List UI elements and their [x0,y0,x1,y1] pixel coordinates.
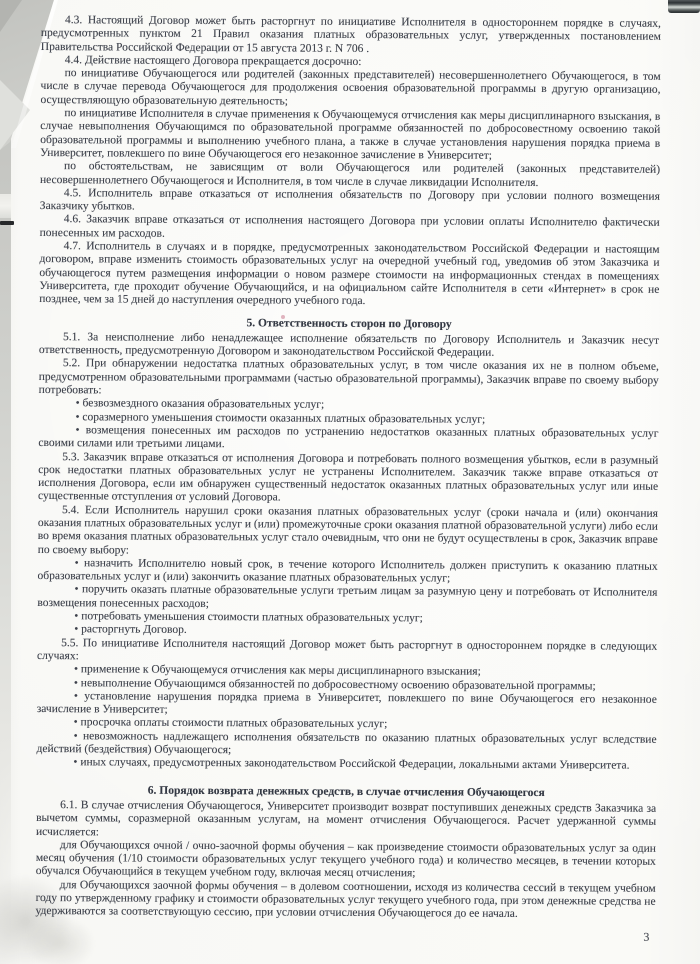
bullet-item: • возмещения понесенных им расходов по у… [38,424,658,454]
bullet-item: • поручить оказать платные образовательн… [37,583,657,613]
left-edge-patch [0,194,11,218]
binder-clip [668,0,700,13]
paragraph: для Обучающихся заочной формы обучения –… [35,879,655,923]
paragraph: 4.3. Настоящий Договор может быть растор… [41,14,661,58]
paragraph: 6.1. В случае отчисления Обучающегося, У… [36,799,656,843]
paragraph: 5.2. При обнаружении недостатка платных … [39,357,659,401]
paragraph: по инициативе Обучающегося или родителей… [40,67,660,111]
paragraph: 5.4. Если Исполнитель нарушил сроки оказ… [38,504,658,561]
section-heading: 5. Ответственность сторон по Договору [39,316,659,333]
paragraph: 4.6. Заказчик вправе отказаться от испол… [40,213,660,243]
bullet-item: • невозможность надлежащего исполнения о… [36,730,656,760]
document-content: 4.3. Настоящий Договор может быть растор… [35,14,661,944]
page-number: 3 [35,927,655,944]
left-edge-mark [0,221,14,225]
paragraph: по инициативе Исполнителя в случае приме… [40,107,660,164]
paragraph: по обстоятельствам, не зависящим от воли… [40,160,660,190]
paragraph: 5.3. Заказчик вправе отказаться от испол… [38,450,658,507]
scanned-document-page: 4.3. Настоящий Договор может быть растор… [0,0,700,964]
paragraph: для Обучающихся очной / очно-заочной фор… [36,839,656,883]
section-heading: 6. Порядок возврата денежных средств, в … [36,784,656,801]
bullet-item: • иных случаях, предусмотренных законода… [36,756,656,773]
paragraph: 4.7. Исполнитель в случаях и в порядке, … [39,240,659,310]
paragraph: 5.5. По инициативе Исполнителя настоящий… [37,637,657,667]
